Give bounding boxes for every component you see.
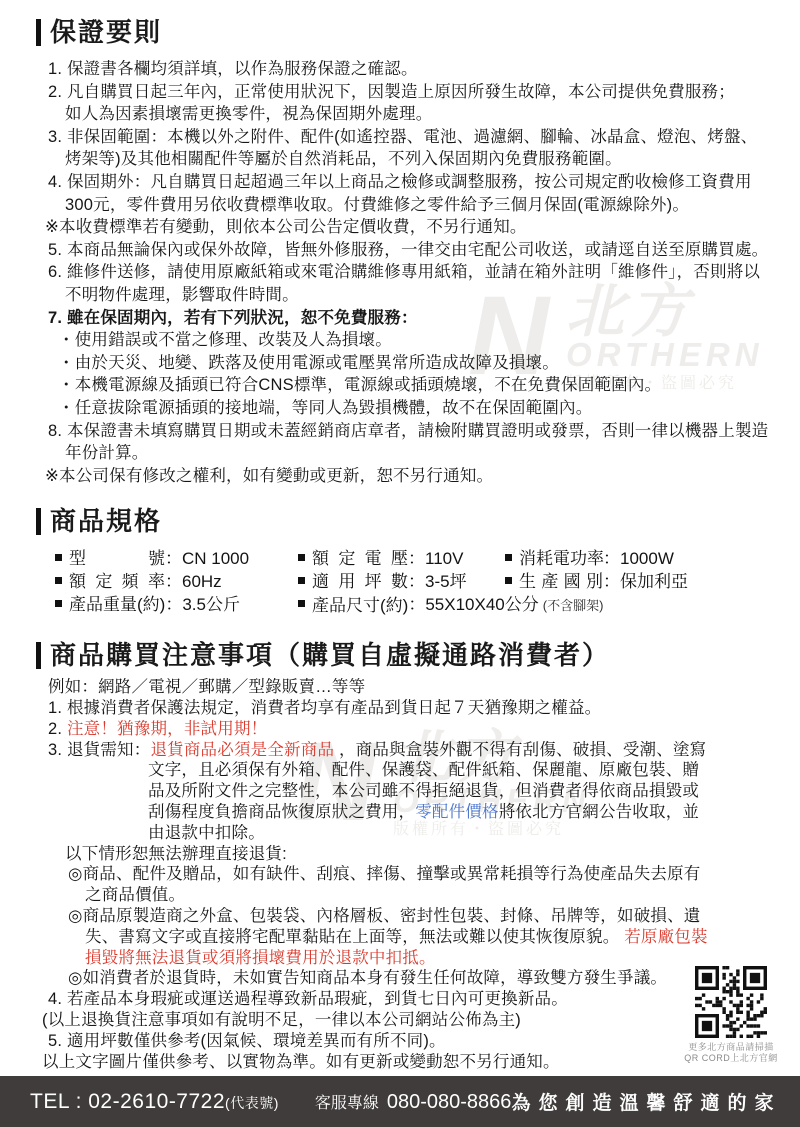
warranty-terms-list: 1. 保證書各欄均須詳填，以作為服務保證之確認。2. 凡自購買日起三年內，正常使… [0, 58, 800, 487]
text-segment-red: 注意！猶豫期，非試用期！ [67, 720, 267, 738]
text-line: 5. 本商品無論保內或保外故障，皆無外修服務，一律交由宅配公司收送，或請逕自送至… [0, 239, 800, 262]
footer-slogan: 為您創造溫馨舒適的家 [511, 1088, 781, 1115]
spec-value: 55X10X40公分 [425, 595, 538, 614]
text-segment: 之商品價值。 [85, 886, 185, 904]
text-segment: 2. [48, 720, 67, 738]
text-line: 4. 保固期外：凡自購買日起超過三年以上商品之檢修或調整服務，按公司規定酌收檢修… [0, 171, 800, 194]
text-line: ※本公司保有修改之權利，如有變動或更新，恕不另行通知。 [0, 465, 800, 488]
text-line: 3. 非保固範圍：本機以外之附件、配件(如遙控器、電池、過濾網、腳輪、冰晶盒、燈… [0, 126, 800, 149]
text-line: 失、書寫文字或直接將宅配單黏貼在上面等，無法或難以使其恢復原貌。 若原廠包裝 [0, 927, 800, 948]
text-line: 年份計算。 [0, 442, 800, 465]
text-line: 2. 凡自購買日起三年內，正常使用狀況下，因製造上原因所發生故障，本公司提供免費… [0, 81, 800, 104]
text-segment: 5. 本商品無論保內或保外故障，皆無外修服務，一律交由宅配公司收送，或請逕自送至… [48, 241, 768, 259]
text-segment: 以上文字圖片僅供參考、以實物為準。如有更新或變動恕不另行通知。 [42, 1053, 560, 1071]
text-line: 文字，且必須保有外箱、配件、保護袋、配件紙箱、保麗龍、原廠包裝、贈 [0, 760, 800, 781]
spec-item: 生產國別：保加利亞 [505, 570, 800, 593]
text-segment: 2. 凡自購買日起三年內，正常使用狀況下，因製造上原因所發生故障，本公司提供免費… [48, 83, 735, 101]
text-segment: 不明物件處理，影響取件時間。 [65, 286, 299, 304]
spec-colon: ： [603, 549, 620, 568]
footer-bar: TEL : 02-2610-7722(代表號) 客服專線080-080-8866… [0, 1076, 800, 1127]
text-line: ※本收費標準若有變動，則依本公司公告定價收費，不另行通知。 [0, 216, 800, 239]
specs-section: 商品規格 型號：CN 1000額定電壓：110V消耗電功率：1000W額定頻率：… [0, 505, 800, 617]
text-line: ◎商品、配件及贈品，如有缺件、刮痕、摔傷、撞擊或異常耗損等行為使產品失去原有 [0, 864, 800, 885]
text-segment: 6. 維修件送修，請使用原廠紙箱或來電洽購維修專用紙箱，並請在箱外註明「維修件」… [48, 263, 760, 281]
spec-label: 適用坪數 [312, 570, 408, 593]
text-segment: 以下情形恕無法辦理直接退貨: [65, 845, 287, 863]
spec-colon: ： [408, 595, 425, 614]
qr-caption-line2: QR CORD上北方官網 [675, 1053, 787, 1064]
qr-caption-line1: 更多北方商品請掃描 [675, 1042, 787, 1053]
text-segment: 品及所附文件之完整性，本公司雖不得拒絕退貨，但消費者得依商品損毀或 [148, 782, 699, 800]
text-line: 烤架等)及其他相關配件等屬於自然消耗品，不列入保固期內免費服務範圍。 [0, 148, 800, 171]
text-line: 1. 保證書各欄均須詳填，以作為服務保證之確認。 [0, 58, 800, 81]
text-segment: ※本公司保有修改之權利，如有變動或更新，恕不另行通知。 [45, 467, 493, 485]
product-specs-table: 型號：CN 1000額定電壓：110V消耗電功率：1000W額定頻率：60Hz適… [0, 547, 800, 617]
text-line: 由退款中扣除。 [0, 823, 800, 844]
spec-value: 3-5坪 [425, 572, 467, 591]
text-line: 如人為因素損壞需更換零件，視為保固期外處理。 [0, 103, 800, 126]
text-segment: ・由於天災、地變、跌落及使用電源或電壓異常所造成故障及損壞。 [58, 354, 559, 372]
spec-item: 適用坪數：3-5坪 [298, 570, 505, 593]
spec-label: 生產國別 [519, 570, 603, 593]
spec-item: 額定頻率：60Hz [55, 570, 298, 593]
text-line: 例如：網路／電視／郵購／型錄販賣…等等 [0, 677, 800, 698]
text-line: ・本機電源線及插頭已符合CNS標準，電源線或插頭燒壞，不在免費保固範圍內。 [0, 374, 800, 397]
text-segment: ◎商品原製造商之外盒、包裝袋、內格層板、密封性包裝、封條、吊牌等，如破損、遺 [68, 907, 701, 925]
text-segment: 1. 保證書各欄均須詳填，以作為服務保證之確認。 [48, 60, 418, 78]
spec-value: 1000W [620, 549, 674, 568]
spec-label: 額定電壓 [312, 547, 408, 570]
text-line: 2. 注意！猶豫期，非試用期！ [0, 719, 800, 740]
spec-label: 型號 [69, 547, 165, 570]
text-segment: 烤架等)及其他相關配件等屬於自然消耗品，不列入保固期內免費服務範圍。 [65, 150, 622, 168]
text-segment: ◎如消費者於退貨時，未如實告知商品本身有發生任何故障，導致雙方發生爭議。 [68, 969, 667, 987]
spec-colon: ： [165, 572, 182, 591]
text-segment: 3. 非保固範圍：本機以外之附件、配件(如遙控器、電池、過濾網、腳輪、冰晶盒、燈… [48, 128, 757, 146]
qr-block: 更多北方商品請掃描 QR CORD上北方官網 [675, 966, 787, 1064]
spec-item: 型號：CN 1000 [55, 547, 298, 570]
spec-value: 3.5公斤 [182, 595, 240, 614]
text-line: ◎商品原製造商之外盒、包裝袋、內格層板、密封性包裝、封條、吊牌等，如破損、遺 [0, 906, 800, 927]
spec-label: 產品尺寸(約) [312, 594, 408, 617]
warranty-section-title: 保證要則 [0, 16, 800, 48]
text-segment: ・使用錯誤或不當之修理、改裝及人為損壞。 [58, 331, 392, 349]
text-line: 1. 根據消費者保護法規定，消費者均享有產品到貨日起７天猶豫期之權益。 [0, 698, 800, 719]
text-segment: ※本收費標準若有變動，則依本公司公告定價收費，不另行通知。 [45, 218, 527, 236]
text-line: 以下情形恕無法辦理直接退貨: [0, 844, 800, 865]
spec-value: CN 1000 [182, 549, 249, 568]
text-segment: 7. 雖在保固期內，若有下列狀況，恕不免費服務： [48, 309, 418, 327]
spec-item: 消耗電功率：1000W [505, 547, 800, 570]
tel-suffix: (代表號) [225, 1095, 279, 1111]
spec-item: 產品尺寸(約)：55X10X40公分(不含腳架) [298, 593, 800, 617]
spec-value: 110V [425, 549, 463, 568]
warranty-section: 保證要則 1. 保證書各欄均須詳填，以作為服務保證之確認。2. 凡自購買日起三年… [0, 16, 800, 487]
text-line: 刮傷程度負擔商品恢復原狀之費用，零配件價格將依北方官網公告收取，並 [0, 802, 800, 823]
text-line: 3. 退貨需知：退貨商品必須是全新商品 ，商品與盒裝外觀不得有刮傷、破損、受潮、… [0, 740, 800, 761]
service-number: 080-080-8866 [387, 1091, 512, 1113]
spec-colon: ： [603, 572, 620, 591]
text-segment: (以上退換貨注意事項如有說明不足，一律以本公司網站公佈為主) [42, 1011, 521, 1029]
spec-item: 產品重量(約)：3.5公斤 [55, 593, 298, 617]
spec-item: 額定電壓：110V [298, 547, 505, 570]
text-line: 8. 本保證書未填寫購買日期或未蓋經銷商店章者，請檢附購買證明或發票，否則一律以… [0, 420, 800, 443]
spec-value: 60Hz [182, 572, 222, 591]
spec-colon: ： [165, 595, 182, 614]
spec-label: 消耗電功率 [519, 547, 603, 570]
text-segment: 4. 保固期外：凡自購買日起超過三年以上商品之檢修或調整服務，按公司規定酌收檢修… [48, 173, 752, 191]
text-line: 之商品價值。 [0, 885, 800, 906]
text-segment: ，商品與盒裝外觀不得有刮傷、破損、受潮、塗寫 [334, 741, 706, 759]
text-segment: 5. 適用坪數僅供參考(因氣候、環境差異而有所不同)。 [48, 1032, 446, 1050]
text-segment: 失、書寫文字或直接將宅配單黏貼在上面等，無法或難以使其恢復原貌。 [85, 928, 624, 946]
text-segment: ・本機電源線及插頭已符合CNS標準，電源線或插頭燒壞，不在免費保固範圍內。 [58, 376, 661, 394]
text-line: 不明物件處理，影響取件時間。 [0, 284, 800, 307]
text-segment: 將依北方官網公告收取，並 [499, 803, 699, 821]
text-segment: 刮傷程度負擔商品恢復原狀之費用， [148, 803, 415, 821]
footer-service-line: 客服專線080-080-8866 [315, 1090, 512, 1114]
text-segment-red: 退貨商品必須是全新商品 [150, 741, 334, 759]
text-line: 品及所附文件之完整性，本公司雖不得拒絕退貨，但消費者得依商品損毀或 [0, 781, 800, 802]
text-segment-blue: 零配件價格 [415, 803, 499, 821]
tel-number: 02-2610-7722 [88, 1090, 225, 1113]
text-segment: 8. 本保證書未填寫購買日期或未蓋經銷商店章者，請檢附購買證明或發票，否則一律以… [48, 422, 768, 440]
spec-label: 產品重量(約) [69, 593, 165, 616]
text-segment: 3. 退貨需知： [48, 741, 150, 759]
text-segment: ・任意拔除電源插頭的接地端，等同人為毀損機體，故不在保固範圍內。 [58, 399, 592, 417]
text-segment: 例如：網路／電視／郵購／型錄販賣…等等 [48, 678, 365, 696]
text-line: 300元，零件費用另依收費標準收取。付費維修之零件給予三個月保固(電源線除外)。 [0, 194, 800, 217]
spec-colon: ： [165, 549, 182, 568]
text-segment: 年份計算。 [65, 444, 149, 462]
text-line: 6. 維修件送修，請使用原廠紙箱或來電洽購維修專用紙箱，並請在箱外註明「維修件」… [0, 261, 800, 284]
text-line: 7. 雖在保固期內，若有下列狀況，恕不免費服務： [0, 307, 800, 330]
spec-label: 額定頻率 [69, 570, 165, 593]
text-segment: 文字，且必須保有外箱、配件、保護袋、配件紙箱、保麗龍、原廠包裝、贈 [148, 761, 699, 779]
spec-note: (不含腳架) [543, 598, 604, 613]
text-line: ・由於天災、地變、跌落及使用電源或電壓異常所造成故障及損壞。 [0, 352, 800, 375]
spec-colon: ： [408, 549, 425, 568]
tel-label: TEL : [30, 1090, 88, 1113]
footer-telephone: TEL : 02-2610-7722(代表號) [30, 1090, 279, 1114]
spec-colon: ： [408, 572, 425, 591]
text-segment-red: 若原廠包裝 [624, 928, 708, 946]
qr-code [695, 966, 767, 1038]
spec-value: 保加利亞 [620, 572, 688, 591]
text-segment: 如人為因素損壞需更換零件，視為保固期外處理。 [65, 105, 432, 123]
text-segment-red: 損毀將無法退貨或須將損壞費用於退款中扣抵。 [85, 949, 436, 967]
text-segment: ◎商品、配件及贈品，如有缺件、刮痕、摔傷、撞擊或異常耗損等行為使產品失去原有 [68, 865, 701, 883]
service-label: 客服專線 [315, 1095, 379, 1112]
text-segment: 4. 若產品本身瑕疵或運送過程導致新品瑕疵，到貨七日內可更換新品。 [48, 990, 568, 1008]
purchase-notes-title: 商品購買注意事項（購買自虛擬通路消費者） [0, 639, 800, 671]
text-line: ・使用錯誤或不當之修理、改裝及人為損壞。 [0, 329, 800, 352]
text-segment: 由退款中扣除。 [148, 824, 265, 842]
text-segment: 1. 根據消費者保護法規定，消費者均享有產品到貨日起７天猶豫期之權益。 [48, 699, 601, 717]
text-segment: 300元，零件費用另依收費標準收取。付費維修之零件給予三個月保固(電源線除外)。 [65, 196, 689, 214]
text-line: ・任意拔除電源插頭的接地端，等同人為毀損機體，故不在保固範圍內。 [0, 397, 800, 420]
specs-section-title: 商品規格 [0, 505, 800, 537]
